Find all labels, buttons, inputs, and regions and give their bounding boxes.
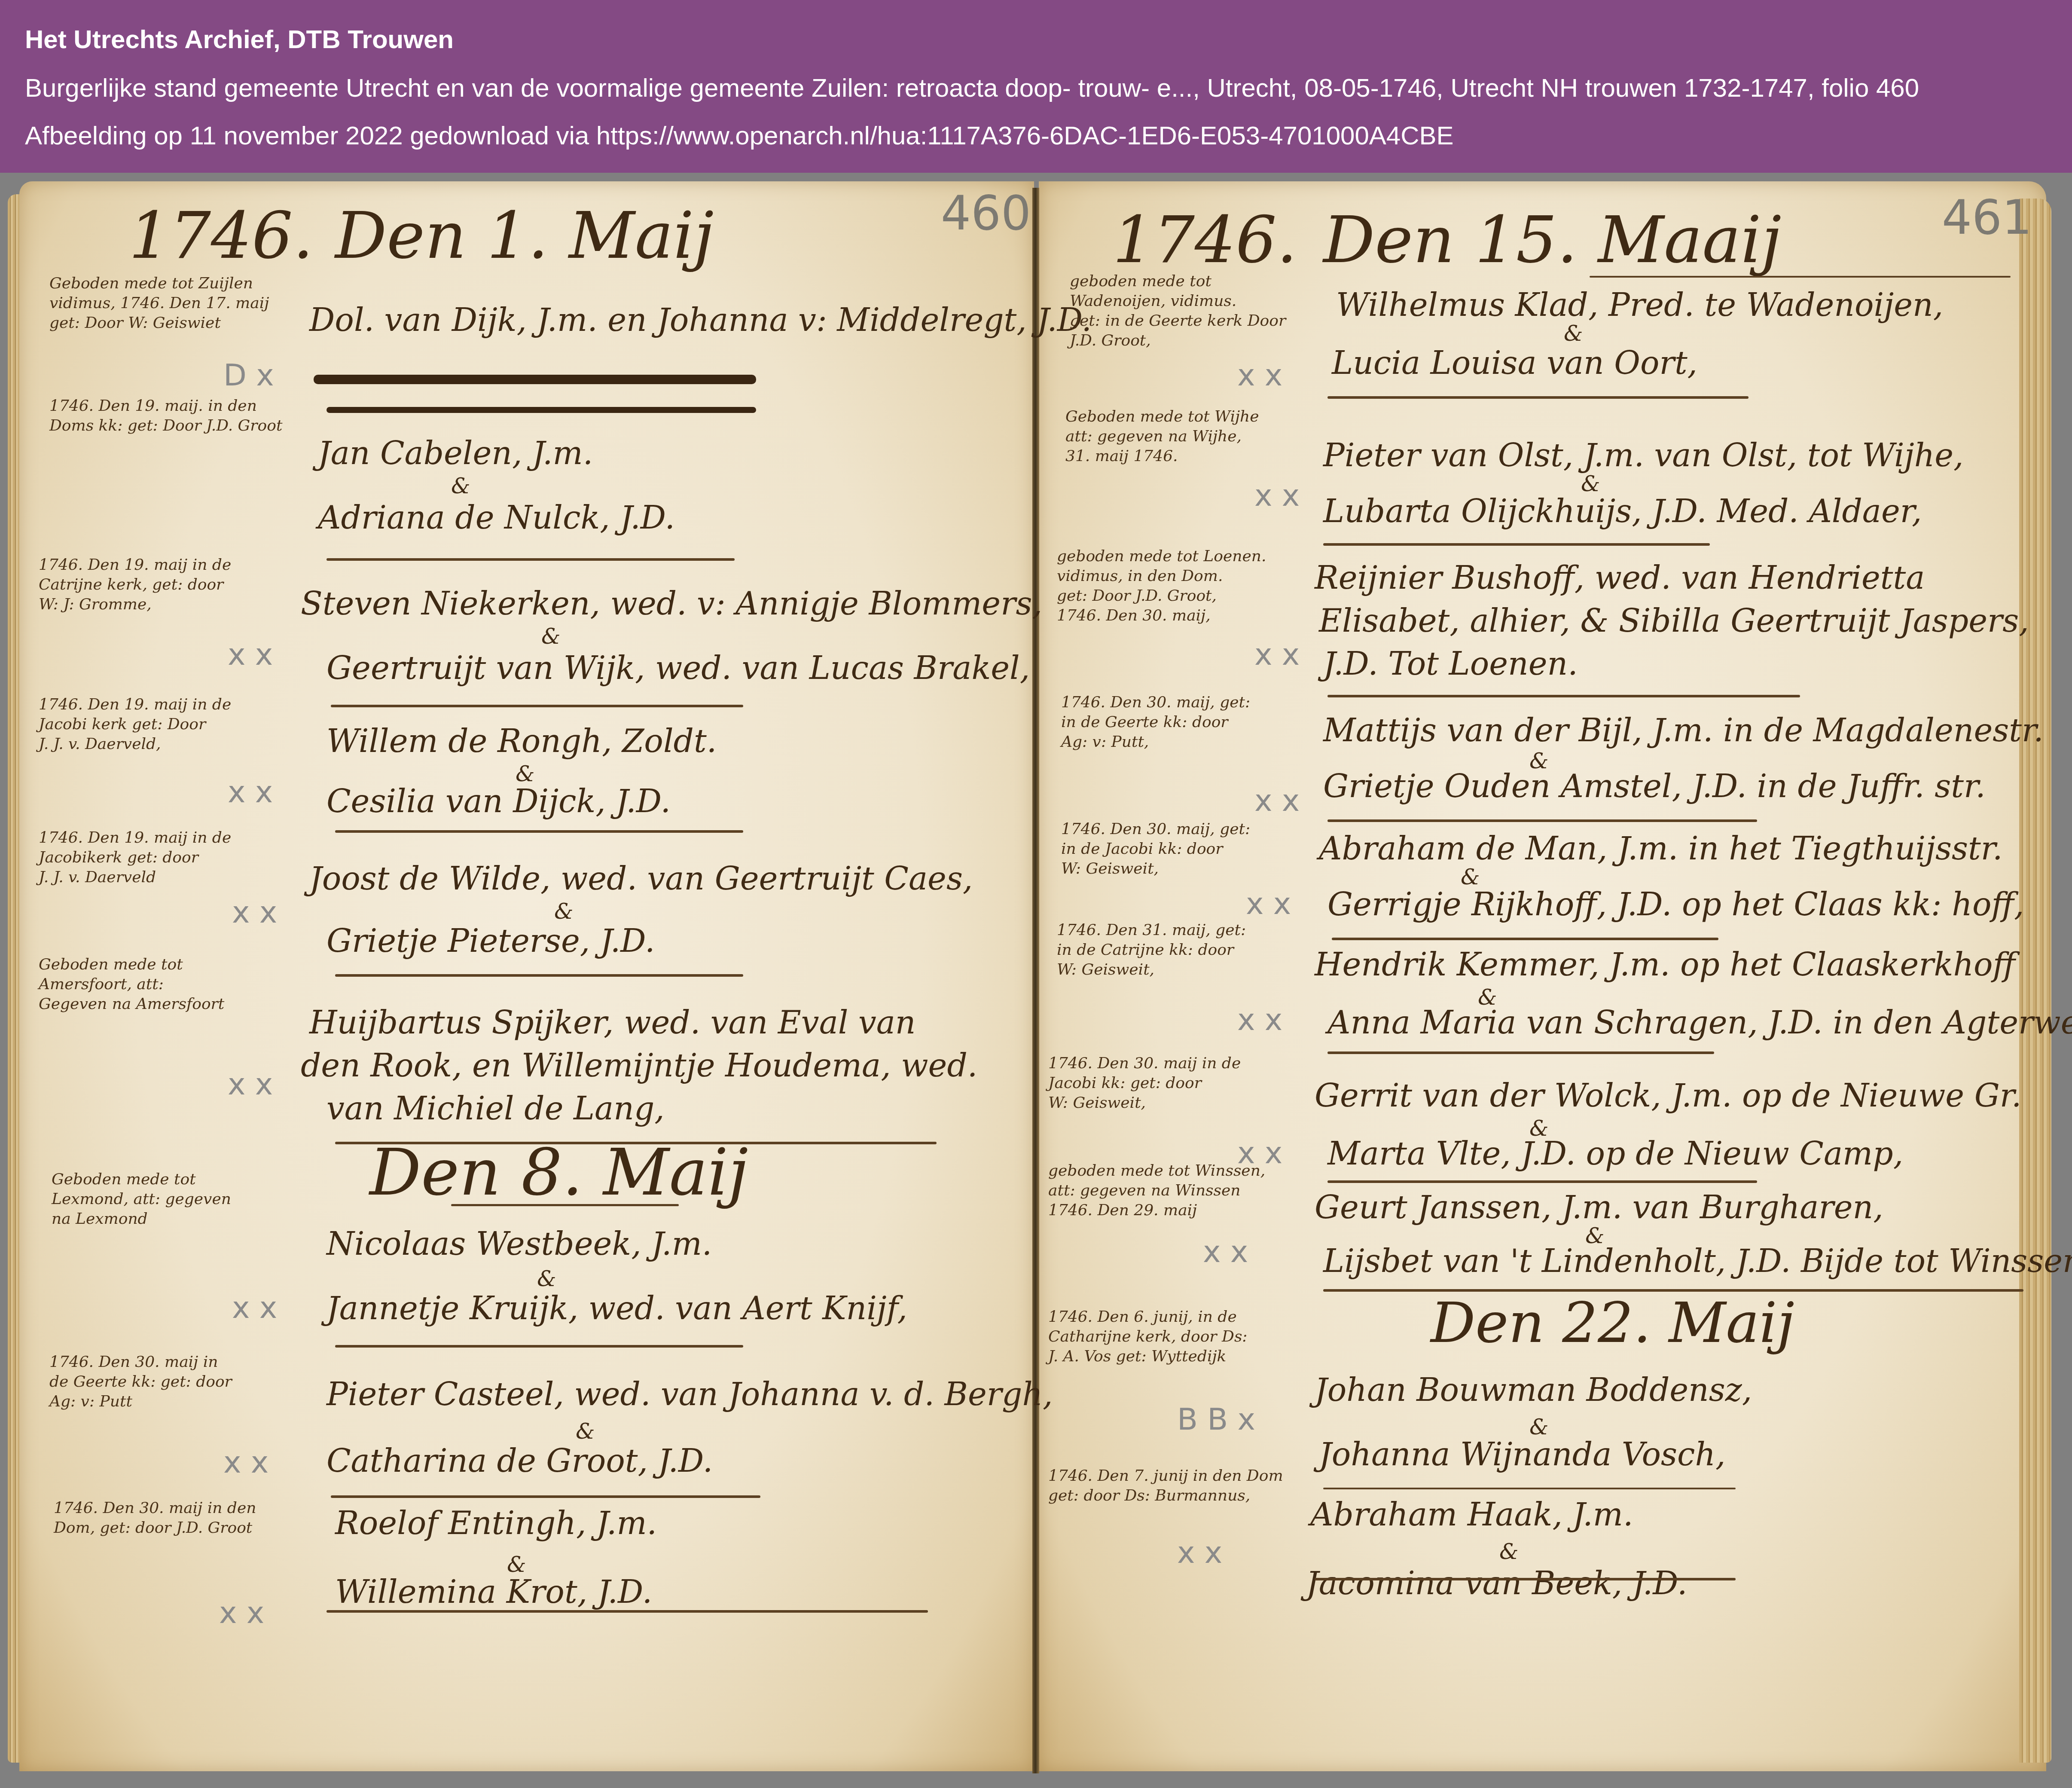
pencil-tally: x x bbox=[232, 895, 277, 930]
margin-note: 1746. Den 7. junij in den Dom get: door … bbox=[1048, 1466, 1283, 1506]
heading-underline bbox=[451, 1204, 679, 1206]
margin-note: 1746. Den 19. maij in de Jacobi kerk get… bbox=[39, 695, 231, 754]
pencil-tally: x x bbox=[228, 637, 273, 672]
margin-note: 1746. Den 19. maij in de Jacobikerk get:… bbox=[39, 828, 231, 887]
entry-line: Lubarta Olijckhuijs, J.D. Med. Aldaer, bbox=[1323, 493, 1922, 530]
strike-through bbox=[327, 407, 756, 413]
entry-divider bbox=[331, 1495, 760, 1498]
entry-line: Anna Maria van Schragen, J.D. in den Agt… bbox=[1327, 1004, 2072, 1041]
download-source: Afbeelding op 11 november 2022 gedownloa… bbox=[25, 123, 1454, 149]
entry-line: Nicolaas Westbeek, J.m. bbox=[327, 1226, 712, 1262]
margin-note: 1746. Den 30. maij in de Jacobi kk: get:… bbox=[1048, 1054, 1241, 1113]
entry-line: Hendrik Kemmer, J.m. op het Claaskerkhof… bbox=[1315, 946, 2015, 983]
ampersand: & bbox=[451, 474, 470, 498]
ampersand: & bbox=[541, 624, 561, 649]
entry-line: Reijnier Bushoff, wed. van Hendrietta bbox=[1315, 559, 1925, 596]
pencil-tally: x x bbox=[232, 1290, 277, 1325]
entry-line: Willemina Krot, J.D. bbox=[335, 1574, 652, 1611]
margin-note: geboden mede tot Wadenoijen, vidimus. ge… bbox=[1070, 272, 1286, 351]
entry-line: Joost de Wilde, wed. van Geertruijt Caes… bbox=[309, 860, 973, 897]
margin-note: Geboden mede tot Wijhe att: gegeven na W… bbox=[1065, 407, 1259, 466]
ampersand: & bbox=[1564, 321, 1583, 346]
entry-line: Elisabet, alhier, & Sibilla Geertruijt J… bbox=[1319, 602, 2029, 639]
entry-line: Steven Niekerken, wed. v: Annigje Blomme… bbox=[301, 585, 1042, 622]
margin-note: 1746. Den 30. maij, get: in de Jacobi kk… bbox=[1061, 819, 1250, 879]
pencil-tally: x x bbox=[1246, 886, 1291, 921]
pencil-tally: x x bbox=[1254, 478, 1300, 513]
pencil-tally: x x bbox=[1237, 1002, 1282, 1037]
margin-note: 1746. Den 6. junij, in de Catharijne ker… bbox=[1048, 1307, 1247, 1366]
entry-line: Lucia Louisa van Oort, bbox=[1332, 345, 1697, 382]
entry-line: J.D. Tot Loenen. bbox=[1323, 645, 1578, 682]
entry-line: Jannetje Kruijk, wed. van Aert Knijf, bbox=[327, 1290, 907, 1327]
entry-divider bbox=[1327, 1051, 1714, 1054]
entry-divider bbox=[1332, 938, 1718, 940]
date-heading: Den 22. Maij bbox=[1431, 1290, 1794, 1355]
entry-line: Gerrigje Rijkhoff, J.D. op het Claas kk:… bbox=[1327, 886, 2024, 923]
pencil-tally: B B x bbox=[1177, 1402, 1255, 1437]
pencil-tally: x x bbox=[223, 1445, 269, 1480]
entry-divider bbox=[335, 1345, 743, 1348]
entry-line: Cesilia van Dijck, J.D. bbox=[327, 783, 671, 820]
margin-note: Geboden mede tot Lexmond, att: gegeven n… bbox=[52, 1170, 231, 1229]
entry-divider bbox=[1323, 543, 1710, 546]
entry-divider bbox=[1327, 396, 1749, 399]
margin-note: 1746. Den 30. maij in de Geerte kk: get:… bbox=[49, 1352, 232, 1412]
record-description: Burgerlijke stand gemeente Utrecht en va… bbox=[25, 75, 1919, 101]
margin-note: 1746. Den 31. maij, get: in de Catrijne … bbox=[1057, 920, 1246, 980]
ampersand: & bbox=[537, 1266, 556, 1291]
right-page-edges bbox=[2019, 199, 2051, 1763]
margin-note: 1746. Den 19. maij. in den Doms kk: get:… bbox=[49, 396, 282, 436]
entry-line: Jacomina van Beek, J.D. bbox=[1306, 1565, 1688, 1602]
folio-number-left: 460 bbox=[941, 186, 1031, 241]
entry-line: Marta Vlte, J.D. op de Nieuw Camp, bbox=[1327, 1135, 1903, 1172]
folio-number-right: 461 bbox=[1942, 190, 2032, 245]
entry-line: Abraham de Man, J.m. in het Tiegthuijsst… bbox=[1319, 830, 2003, 867]
entry-line: Wilhelmus Klad, Pred. te Wadenoijen, bbox=[1336, 287, 1943, 324]
ampersand: & bbox=[554, 899, 574, 924]
pencil-tally: x x bbox=[1237, 358, 1282, 393]
date-heading: Den 8. Maij bbox=[369, 1135, 748, 1210]
entry-line: Willem de Rongh, Zoldt. bbox=[327, 723, 717, 760]
entry-line: Jan Cabelen, J.m. bbox=[318, 435, 593, 472]
ampersand: & bbox=[1499, 1539, 1519, 1564]
entry-line: Grietje Ouden Amstel, J.D. in de Juffr. … bbox=[1323, 768, 1986, 805]
pencil-tally: x x bbox=[1254, 783, 1300, 818]
pencil-tally: x x bbox=[219, 1595, 264, 1630]
entry-line: Gerrit van der Wolck, J.m. op de Nieuwe … bbox=[1315, 1077, 2022, 1114]
margin-note: geboden mede tot Loenen. vidimus, in den… bbox=[1057, 547, 1266, 626]
closing-rule bbox=[1315, 1578, 1736, 1580]
right-year: 1746. bbox=[1113, 203, 1297, 278]
closing-rule bbox=[327, 1610, 928, 1613]
left-year: 1746. bbox=[129, 199, 313, 273]
archive-title: Het Utrechts Archief, DTB Trouwen bbox=[25, 27, 454, 52]
pencil-tally: x x bbox=[1254, 637, 1300, 672]
margin-note: 1746. Den 30. maij, get: in de Geerte kk… bbox=[1061, 693, 1250, 752]
right-date-heading: Den 15. Maaij bbox=[1323, 203, 1781, 278]
ampersand: & bbox=[576, 1419, 595, 1444]
entry-line: Johan Bouwman Boddensz, bbox=[1315, 1372, 1752, 1409]
entry-line: Adriana de Nulck, J.D. bbox=[318, 499, 675, 536]
entry-divider bbox=[1327, 1180, 1757, 1183]
entry-line: den Rook, en Willemijntje Houdema, wed. bbox=[301, 1047, 977, 1084]
entry-divider bbox=[335, 974, 743, 977]
margin-note: Geboden mede tot Zuijlen vidimus, 1746. … bbox=[49, 274, 269, 333]
entry-line: Lijsbet van 't Lindenholt, J.D. Bijde to… bbox=[1323, 1243, 2072, 1280]
entry-line: Dol. van Dijk, J.m. en Johanna v: Middel… bbox=[309, 302, 1092, 339]
entry-divider bbox=[327, 558, 735, 561]
margin-note: geboden mede tot Winssen, att: gegeven n… bbox=[1048, 1161, 1265, 1220]
entry-line: Roelof Entingh, J.m. bbox=[335, 1505, 657, 1542]
entry-divider bbox=[331, 705, 743, 707]
entry-line: Pieter van Olst, J.m. van Olst, tot Wijh… bbox=[1323, 437, 1964, 474]
strike-through bbox=[314, 375, 756, 384]
register-scan: 1746. Den 1. Maij 460 Geboden mede tot Z… bbox=[0, 173, 2072, 1788]
entry-line: Mattijs van der Bijl, J.m. in de Magdale… bbox=[1323, 712, 2044, 749]
margin-note: Geboden mede tot Amersfoort, att: Gegeve… bbox=[39, 955, 224, 1014]
entry-line: Johanna Wijnanda Vosch, bbox=[1319, 1436, 1726, 1473]
entry-line: Geurt Janssen, J.m. van Burgharen, bbox=[1315, 1189, 1883, 1226]
pencil-tally: x x bbox=[228, 1067, 273, 1102]
entry-line: Abraham Haak, J.m. bbox=[1310, 1496, 1633, 1533]
margin-note: 1746. Den 19. maij in de Catrijne kerk, … bbox=[39, 555, 231, 614]
book-gutter bbox=[1032, 188, 1039, 1773]
entry-line: Catharina de Groot, J.D. bbox=[327, 1443, 713, 1479]
margin-note: 1746. Den 30. maij in den Dom, get: door… bbox=[54, 1498, 256, 1538]
entry-divider bbox=[335, 830, 743, 833]
entry-line: Grietje Pieterse, J.D. bbox=[327, 923, 655, 960]
pencil-tally: D x bbox=[223, 358, 274, 393]
archive-header: Het Utrechts Archief, DTB Trouwen Burger… bbox=[0, 0, 2072, 173]
pencil-tally: x x bbox=[1203, 1234, 1248, 1269]
heading-flourish bbox=[1590, 276, 2011, 278]
entry-line: Geertruijt van Wijk, wed. van Lucas Brak… bbox=[327, 650, 1030, 687]
entry-line: Huijbartus Spijker, wed. van Eval van bbox=[309, 1004, 916, 1041]
entry-line: van Michiel de Lang, bbox=[327, 1090, 665, 1127]
entry-divider bbox=[1327, 819, 1757, 822]
entry-divider bbox=[1327, 695, 1800, 697]
pencil-tally: x x bbox=[228, 774, 273, 810]
pencil-tally: x x bbox=[1177, 1535, 1222, 1570]
left-date-heading: Den 1. Maij bbox=[335, 199, 714, 273]
entry-line: Pieter Casteel, wed. van Johanna v. d. B… bbox=[327, 1376, 1053, 1413]
entry-divider bbox=[1323, 1488, 1736, 1489]
